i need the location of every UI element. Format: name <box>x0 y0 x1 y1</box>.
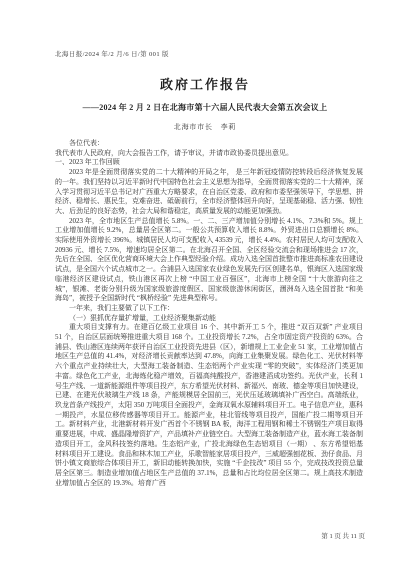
report-paragraph: 我代表市人民政府，向大会报告工作，请予审议，并请市政协委员提出意见。 <box>55 149 363 159</box>
document-page: 北海日报/2024 年/2 月/6 日/第 001 版 政府工作报告 ——202… <box>0 0 410 580</box>
report-paragraph: （一）狠抓优存量扩增量，工业经济聚集新动能 <box>55 314 363 324</box>
report-paragraph: 2023 年，全市地区生产总值增长 5.8%。一、二、三产增加值分别增长 4.1… <box>55 217 363 304</box>
report-author: 北海市市长 李莉 <box>0 122 410 132</box>
report-paragraph: 各位代表： <box>55 139 363 149</box>
report-title: 政府工作报告 <box>0 74 410 93</box>
report-paragraph: 一年来，我们主要做了以下工作： <box>55 304 363 314</box>
report-paragraph: 2023 年是全面贯彻落实党的二十大精神的开局之年， 是三年新冠疫情防控转段后经… <box>55 168 363 217</box>
report-paragraph: 重大项目支撑有力。在建百亿级工业项目 16 个、其中新开工 5 个，推进 “双百… <box>55 323 363 488</box>
page-number: 第 1 页 共 11 页 <box>321 531 365 540</box>
newspaper-masthead: 北海日报/2024 年/2 月/6 日/第 001 版 <box>55 49 169 58</box>
report-paragraph: 一、2023 年工作回顾 <box>55 158 363 168</box>
report-subtitle: ——2024 年 2 月 2 日在北海市第十六届人民代表大会第五次会议上 <box>0 102 410 113</box>
report-body: 各位代表：我代表市人民政府，向大会报告工作，请予审议，并请市政协委员提出意见。一… <box>55 139 363 488</box>
